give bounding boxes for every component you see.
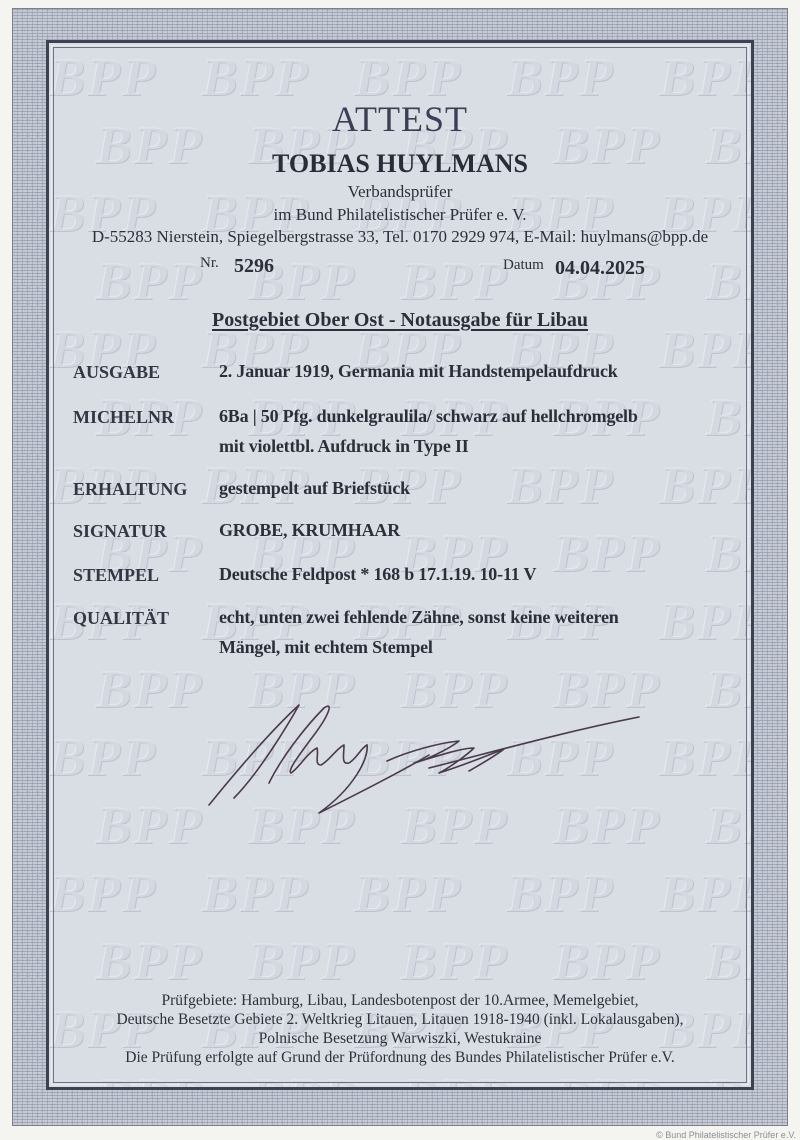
certificate-number: 5296 <box>234 255 274 278</box>
field-label-qualitaet: QUALITÄT <box>73 608 169 629</box>
field-label-signatur: SIGNATUR <box>73 521 167 542</box>
field-value-stempel: Deutsche Feldpost * 168 b 17.1.19. 10-11… <box>219 559 739 589</box>
number-label: Nr. <box>200 255 219 272</box>
footer-line: Deutsche Besetzte Gebiete 2. Weltkrieg L… <box>49 1010 751 1029</box>
examiner-role: Verbandsprüfer <box>49 182 751 202</box>
footer-notes: Prüfgebiete: Hamburg, Libau, Landesboten… <box>49 991 751 1067</box>
field-value-qualitaet: echt, unten zwei fehlende Zähne, sonst k… <box>219 602 739 632</box>
field-value-ausgabe: 2. Januar 1919, Germania mit Handstempel… <box>219 356 739 386</box>
association: im Bund Philatelistischer Prüfer e. V. <box>49 205 751 225</box>
field-value-michelnr: 6Ba | 50 Pfg. dunkelgraulila/ schwarz au… <box>219 401 739 431</box>
date-label: Datum <box>503 257 544 274</box>
field-label-ausgabe: AUSGABE <box>73 362 160 383</box>
certificate-title: ATTEST <box>49 98 751 140</box>
field-label-stempel: STEMPEL <box>73 565 159 586</box>
certificate-body: BPP BPP BPP BPP BPP BPP BPP BPP BPP BPP … <box>46 40 754 1090</box>
certificate-date: 04.04.2025 <box>555 257 645 280</box>
field-label-michelnr: MICHELNR <box>73 407 174 428</box>
stamp-subject: Postgebiet Ober Ost - Notausgabe für Lib… <box>49 309 751 332</box>
examiner-name: TOBIAS HUYLMANS <box>49 149 751 179</box>
field-value-erhaltung: gestempelt auf Briefstück <box>219 473 739 503</box>
footer-line: Polnische Besetzung Warwiszki, Westukrai… <box>49 1029 751 1048</box>
copyright-notice: © Bund Philatelistischer Prüfer e.V. <box>656 1130 796 1140</box>
examiner-address: D-55283 Nierstein, Spiegelbergstrasse 33… <box>49 227 751 247</box>
field-label-erhaltung: ERHALTUNG <box>73 479 187 500</box>
field-value-qualitaet-line2: Mängel, mit echtem Stempel <box>219 632 739 662</box>
field-value-signatur: GROBE, KRUMHAAR <box>219 515 739 545</box>
footer-line: Prüfgebiete: Hamburg, Libau, Landesboten… <box>49 991 751 1010</box>
field-value-michelnr-line2: mit violettbl. Aufdruck in Type II <box>219 431 739 461</box>
footer-line: Die Prüfung erfolgte auf Grund der Prüfo… <box>49 1048 751 1067</box>
examiner-signature <box>199 693 659 823</box>
